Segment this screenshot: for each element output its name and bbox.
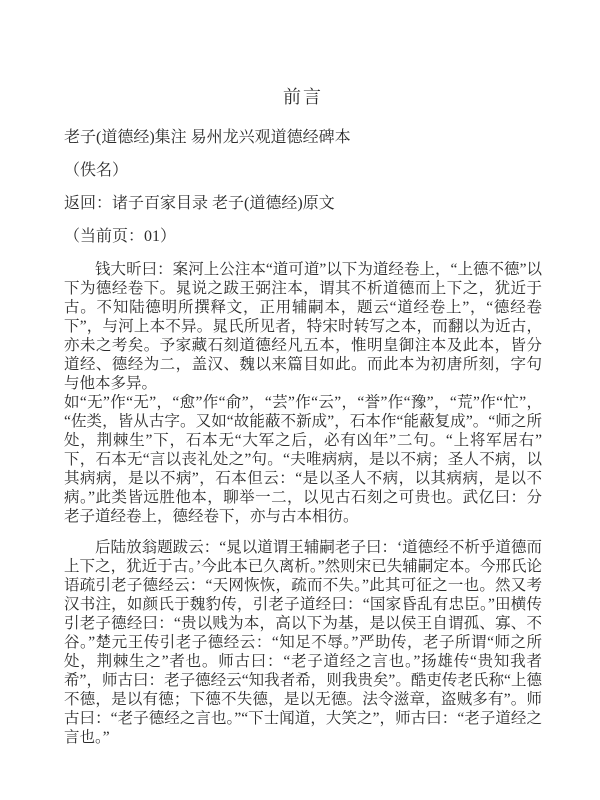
author-name: （佚名） (64, 161, 542, 180)
return-nav: 返回：诸子百家目录 老子(道德经)原文 (64, 194, 542, 213)
body-paragraph: 钱大昕曰：案河上公注本“道可道”以下为道经卷上，“上德不德”以下为德经卷下。晁说… (64, 260, 542, 393)
body-paragraph: 如“无”作“无”，“愈”作“俞”，“芸”作“云”，“誉”作“豫”，“荒”作“忙”… (64, 393, 542, 526)
preface-body: 钱大昕曰：案河上公注本“道可道”以下为道经卷上，“上德不德”以下为德经卷下。晁说… (64, 260, 542, 747)
return-label: 返回： (64, 195, 112, 212)
original-text-link[interactable]: 老子(道德经)原文 (212, 195, 335, 212)
page-title: 前言 (64, 86, 542, 108)
current-page-indicator: （当前页：01） (64, 227, 542, 246)
document-page: 前言 老子(道德经)集注 易州龙兴观道德经碑本 （佚名） 返回：诸子百家目录 老… (0, 0, 600, 800)
book-title: 老子(道德经)集注 易州龙兴观道德经碑本 (64, 128, 542, 147)
catalog-link[interactable]: 诸子百家目录 (112, 195, 208, 212)
body-paragraph: 后陆放翁题跋云：“晁以道谓王辅嗣老子曰：‘道德经不析乎道德而上下之，犹近于古。’… (64, 538, 542, 747)
